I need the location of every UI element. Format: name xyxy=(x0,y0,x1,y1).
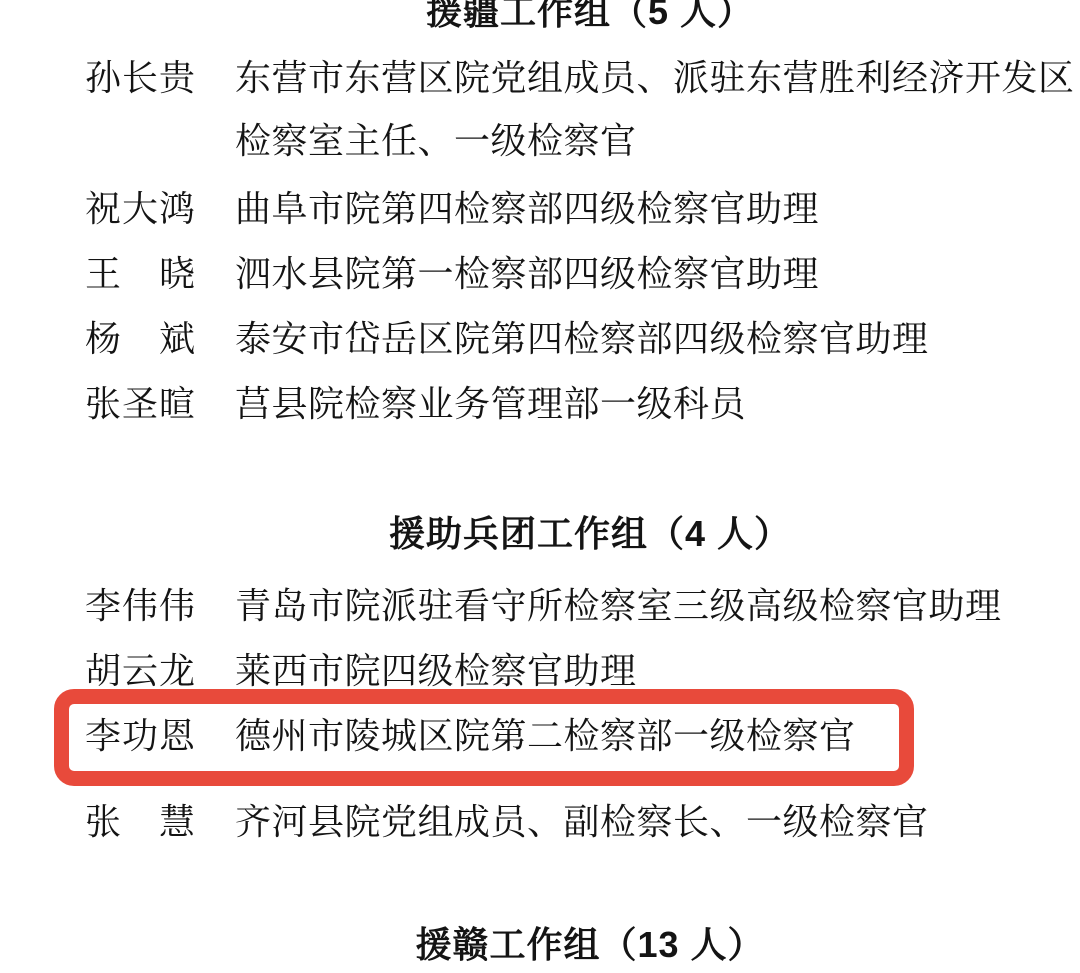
member-position-line: 检察室主任、一级检察官 xyxy=(235,121,637,161)
member-position: 莒县院检察业务管理部一级科员 xyxy=(235,384,746,424)
member-position: 青岛市院派驻看守所检察室三级高级检察官助理 xyxy=(235,586,1002,626)
member-position-line: 东营市东营区院党组成员、派驻东营胜利经济开发区 xyxy=(235,58,1075,98)
member-name: 祝大鸿 xyxy=(85,189,196,229)
section-title-xinjiang-group: 援疆工作组（5 人） xyxy=(100,0,1080,32)
member-row: 张圣暄 莒县院检察业务管理部一级科员 xyxy=(0,384,1080,424)
member-position: 齐河县院党组成员、副检察长、一级检察官 xyxy=(235,802,929,842)
member-row: 胡云龙 莱西市院四级检察官助理 xyxy=(0,651,1080,691)
member-position: 德州市陵城区院第二检察部一级检察官 xyxy=(235,716,856,756)
section-title-corps-group: 援助兵团工作组（4 人） xyxy=(100,514,1080,554)
member-name: 杨 斌 xyxy=(85,319,196,359)
member-row: 张 慧 齐河县院党组成员、副检察长、一级检察官 xyxy=(0,802,1080,842)
member-position: 泗水县院第一检察部四级检察官助理 xyxy=(235,254,819,294)
member-name: 王 晓 xyxy=(85,254,196,294)
member-position: 泰安市岱岳区院第四检察部四级检察官助理 xyxy=(235,319,929,359)
member-name: 张圣暄 xyxy=(85,384,196,424)
section-title-jiangxi-group: 援赣工作组（13 人） xyxy=(100,925,1080,965)
member-row: 王 晓 泗水县院第一检察部四级检察官助理 xyxy=(0,254,1080,294)
member-name: 李功恩 xyxy=(85,716,196,756)
member-row-highlighted: 李功恩 德州市陵城区院第二检察部一级检察官 xyxy=(0,716,1080,756)
document-page: 援疆工作组（5 人） 孙长贵 东营市东营区院党组成员、派驻东营胜利经济开发区 检… xyxy=(0,0,1080,973)
member-position: 曲阜市院第四检察部四级检察官助理 xyxy=(235,189,819,229)
member-name: 张 慧 xyxy=(85,802,196,842)
member-name: 李伟伟 xyxy=(85,586,196,626)
member-position: 莱西市院四级检察官助理 xyxy=(235,651,637,691)
member-row: 祝大鸿 曲阜市院第四检察部四级检察官助理 xyxy=(0,189,1080,229)
member-row: 孙长贵 东营市东营区院党组成员、派驻东营胜利经济开发区 xyxy=(0,58,1080,98)
member-name: 胡云龙 xyxy=(85,651,196,691)
member-row-continuation: 检察室主任、一级检察官 xyxy=(0,121,1080,161)
member-row: 杨 斌 泰安市岱岳区院第四检察部四级检察官助理 xyxy=(0,319,1080,359)
member-name: 孙长贵 xyxy=(85,58,196,98)
member-row: 李伟伟 青岛市院派驻看守所检察室三级高级检察官助理 xyxy=(0,586,1080,626)
